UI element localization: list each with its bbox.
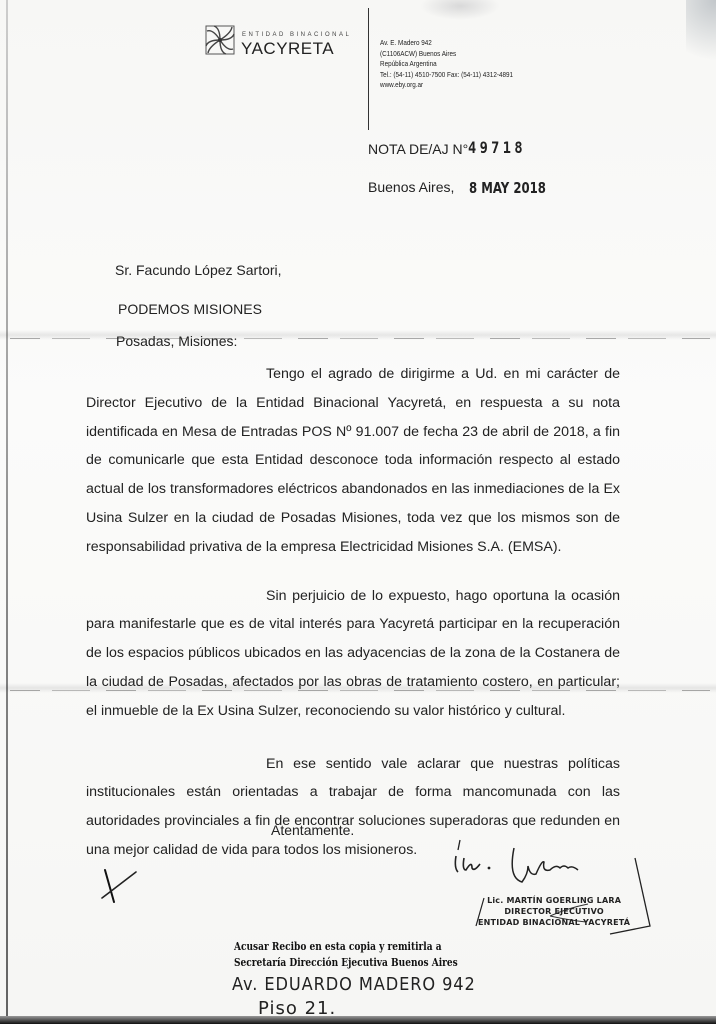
letter-body: Tengo el agrado de dirigirme a Ud. en mi… (86, 360, 620, 865)
city-label: Buenos Aires, (368, 179, 454, 195)
nota-label: NOTA DE/AJ N° (368, 141, 468, 157)
phone-fax-line: Tel.: (54-11) 4510-7500 Fax: (54-11) 431… (380, 70, 513, 81)
letter-page: ENTIDAD BINACIONAL YACYRETA Av. E. Mader… (0, 0, 716, 1024)
acknowledgement-stamp: Acusar Recibo en esta copia y remitirla … (234, 939, 458, 971)
paper-smudge (420, 0, 500, 20)
yacyreta-logo: ENTIDAD BINACIONAL YACYRETA (205, 25, 365, 61)
signatory-title: DIRECTOR EJECUTIVO (478, 906, 630, 917)
letterhead-address: Av. E. Madero 942 (C1106ACW) Buenos Aire… (380, 38, 513, 91)
body-paragraph-2: Sin perjuicio de lo expuesto, hago oport… (86, 582, 620, 726)
paper-bottom-edge (0, 1016, 716, 1024)
signatory-name: Lic. MARTÍN GOERLING LARA (478, 895, 630, 906)
website-line: www.eby.org.ar (380, 80, 513, 91)
letterhead-divider (368, 8, 369, 130)
fold-line (10, 338, 710, 339)
closing: Atentamente. (271, 822, 354, 838)
handwritten-address: Av. EDUARDO MADERO 942 (232, 974, 476, 995)
address-line: República Argentina (380, 59, 513, 70)
signatory-entity: ENTIDAD BINACIONAL YACYRETÁ (478, 917, 630, 928)
body-paragraph-1: Tengo el agrado de dirigirme a Ud. en mi… (86, 360, 620, 562)
recipient-organization: PODEMOS MISIONES (118, 301, 262, 317)
signatory-stamp: Lic. MARTÍN GOERLING LARA DIRECTOR EJECU… (478, 895, 630, 928)
ack-line: Secretaría Dirección Ejecutiva Buenos Ai… (234, 955, 458, 971)
paper-corner-shadow (686, 0, 716, 80)
date-stamp: 8 MAY 2018 (469, 179, 546, 197)
ack-line: Acusar Recibo en esta copia y remitirla … (234, 939, 458, 955)
org-name: YACYRETA (241, 39, 334, 59)
recipient-name: Sr. Facundo López Sartori, (115, 262, 282, 278)
paper-left-edge (6, 0, 8, 1024)
nota-number: 49718 (468, 138, 526, 157)
handwritten-x-mark (100, 862, 140, 904)
address-line: (C1106ACW) Buenos Aires (380, 49, 513, 60)
address-line: Av. E. Madero 942 (380, 38, 513, 49)
recipient-location: Posadas, Misiones: (116, 333, 237, 349)
turbine-spiral-icon (205, 25, 235, 55)
org-subtitle: ENTIDAD BINACIONAL (242, 32, 351, 38)
